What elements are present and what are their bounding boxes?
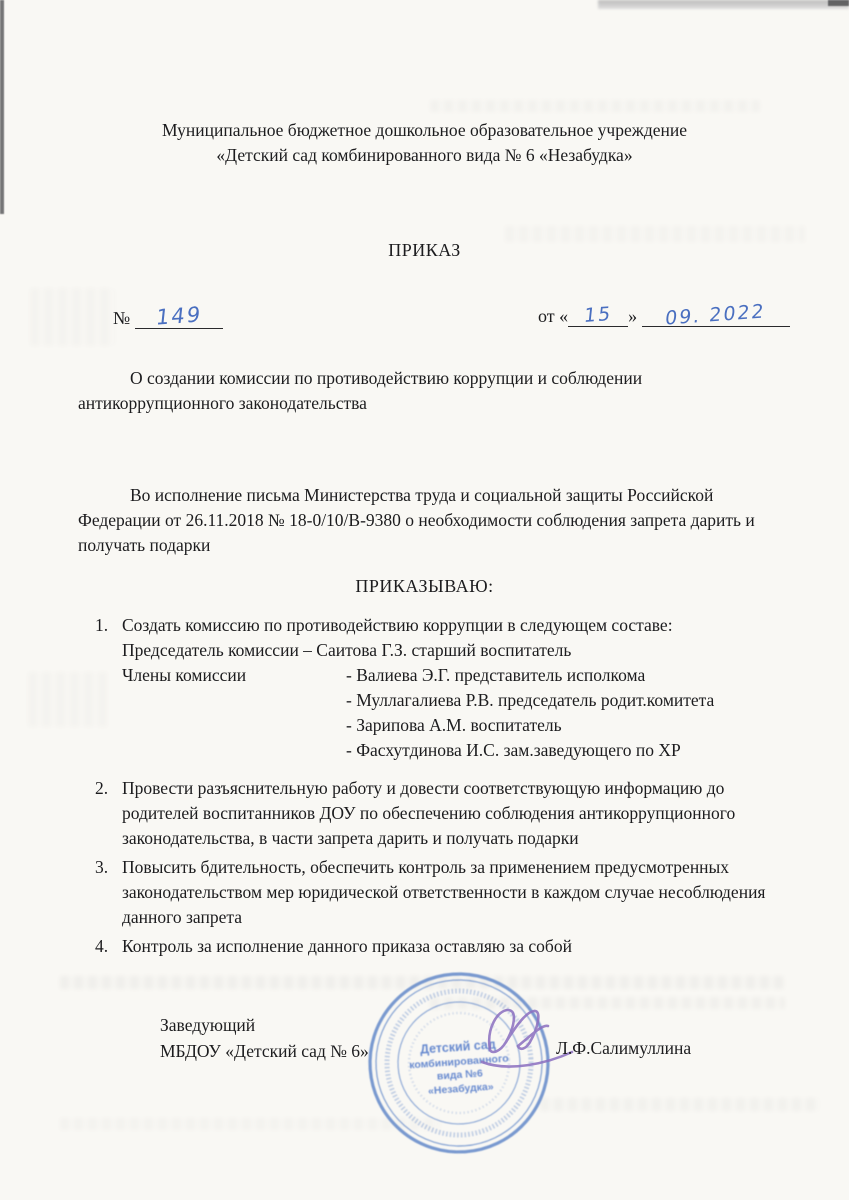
signer-position-line2: МБДОУ «Детский сад № 6» [160,1038,369,1064]
member-line: - Валиева Э.Г. представитель исполкома [346,663,645,688]
item-text: Провести разъяснительную работу и довест… [122,776,787,851]
commission-chair-line: Председатель комиссии – Саитова Г.З. ста… [122,638,787,663]
bleedthrough-7 [540,1098,820,1111]
order-preamble: Во исполнение письма Министерства труда … [78,483,784,558]
order-items-list: 1. Создать комиссию по противодействию к… [95,613,787,959]
scan-left-edge [0,0,4,214]
organization-name-line2: «Детский сад комбинированного вида № 6 «… [0,143,849,168]
order-heading: ПРИКАЗЫВАЮ: [0,576,849,597]
date-rest-field: 09. 2022 [642,304,790,327]
order-number: № 149 [113,304,223,329]
member-line: - Фасхутдинова И.С. зам.заведующего по Х… [346,738,787,763]
organization-header: Муниципальное бюджетное дошкольное образ… [0,118,849,168]
bleedthrough-3 [30,288,115,346]
item-number: 2. [95,776,122,851]
number-field: 149 [135,304,223,329]
order-item: 4. Контроль за исполнение данного приказ… [95,934,787,959]
handwritten-day: 15 [583,303,613,327]
order-item: 1. Создать комиссию по противодействию к… [95,613,787,638]
item-text: Контроль за исполнение данного приказа о… [122,934,787,959]
commission-members-row: Члены комиссии - Валиева Э.Г. представит… [122,663,787,688]
document-title: ПРИКАЗ [0,240,849,261]
scan-corner-mark [828,0,849,6]
date-prefix: от « [538,306,568,326]
signature-block: Заведующий МБДОУ «Детский сад № 6» [160,1012,369,1064]
scanned-order-document: Муниципальное бюджетное дошкольное образ… [0,0,849,1200]
handwritten-number: 149 [154,302,203,329]
member-line: - Муллагалиева Р.В. председатель родит.к… [346,688,787,713]
item-number: 4. [95,934,122,959]
order-item: 3. Повысить бдительность, обеспечить кон… [95,855,787,930]
order-subject: О создании комиссии по противодействию к… [78,366,778,416]
item-number: 3. [95,855,122,930]
member-line: - Зарипова А.М. воспитатель [346,713,787,738]
organization-name-line1: Муниципальное бюджетное дошкольное образ… [0,118,849,143]
item-text: Повысить бдительность, обеспечить контро… [122,855,787,930]
item-number: 1. [95,613,122,638]
signer-position-line1: Заведующий [160,1012,369,1038]
date-close-quote: » [628,306,637,326]
order-date: от «15» 09. 2022 [538,304,790,327]
signer-name: Л.Ф.Салимуллина [556,1038,691,1059]
number-label: № [113,308,130,328]
bleedthrough-1 [430,100,760,112]
order-item: 2. Провести разъяснительную работу и дов… [95,776,787,851]
handwritten-month-year: 09. 2022 [664,300,767,329]
date-day-field: 15 [568,304,628,327]
item-text: Создать комиссию по противодействию корр… [122,613,787,638]
scan-top-band [598,0,849,9]
members-label: Члены комиссии [122,663,346,688]
